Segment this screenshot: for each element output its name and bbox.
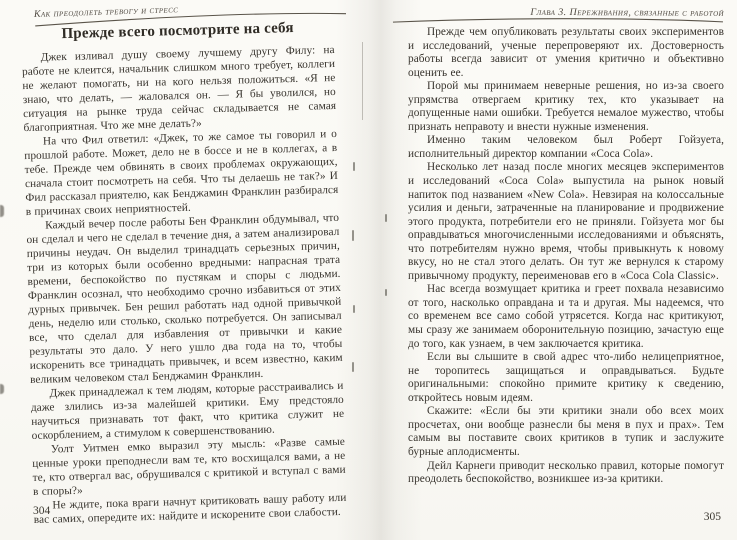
paragraph: Джек принадлежал к тем людям, которые ра… bbox=[30, 379, 344, 443]
paragraph: Именно таким человеком был Роберт Гойзуе… bbox=[408, 134, 724, 161]
scan-edge-smudge bbox=[0, 384, 4, 394]
paragraph: Дейл Карнеги приводит несколько правил, … bbox=[408, 460, 724, 487]
paragraph: На что Фил ответил: «Джек, то же самое т… bbox=[24, 127, 339, 219]
right-page: Глава 3. Переживания, связанные с работо… bbox=[368, 0, 737, 540]
paragraph: Если вы слышите в свой адрес что-либо не… bbox=[408, 351, 724, 405]
left-paragraphs: Джек изливал душу своему лучшему другу Ф… bbox=[22, 43, 347, 527]
paragraph: Нас всегда возмущает критика и греет пох… bbox=[408, 283, 724, 351]
left-page-body: Прежде всего посмотрите на себя Джек изл… bbox=[21, 19, 347, 527]
running-header-right-text: Глава 3. Переживания, связанные с работо… bbox=[530, 7, 724, 19]
page-number-right: 305 bbox=[704, 511, 721, 523]
paragraph: Каждый вечер после работы Бен Франклин о… bbox=[26, 211, 343, 387]
page-number-left: 304 bbox=[33, 505, 50, 517]
paragraph: Уолт Уитмен емко выразил эту мысль: «Раз… bbox=[32, 435, 346, 499]
left-page: Как преодолеть тревогу и стресс Прежде в… bbox=[0, 0, 368, 540]
paragraph: Прежде чем опубликовать результаты своих… bbox=[408, 26, 724, 80]
paragraph: Несколько лет назад после многих месяцев… bbox=[408, 161, 724, 283]
book-spread: Как преодолеть тревогу и стресс Прежде в… bbox=[0, 0, 737, 540]
paragraph: Джек изливал душу своему лучшему другу Ф… bbox=[22, 43, 337, 135]
right-page-body: Прежде чем опубликовать результаты своих… bbox=[408, 26, 724, 487]
scan-edge-smudge bbox=[0, 205, 4, 217]
paragraph: Порой мы принимаем неверные решения, но … bbox=[408, 80, 724, 134]
running-header-right: Глава 3. Переживания, связанные с работо… bbox=[392, 6, 724, 27]
paragraph: Скажите: «Если бы эти критики знали обо … bbox=[408, 405, 724, 459]
